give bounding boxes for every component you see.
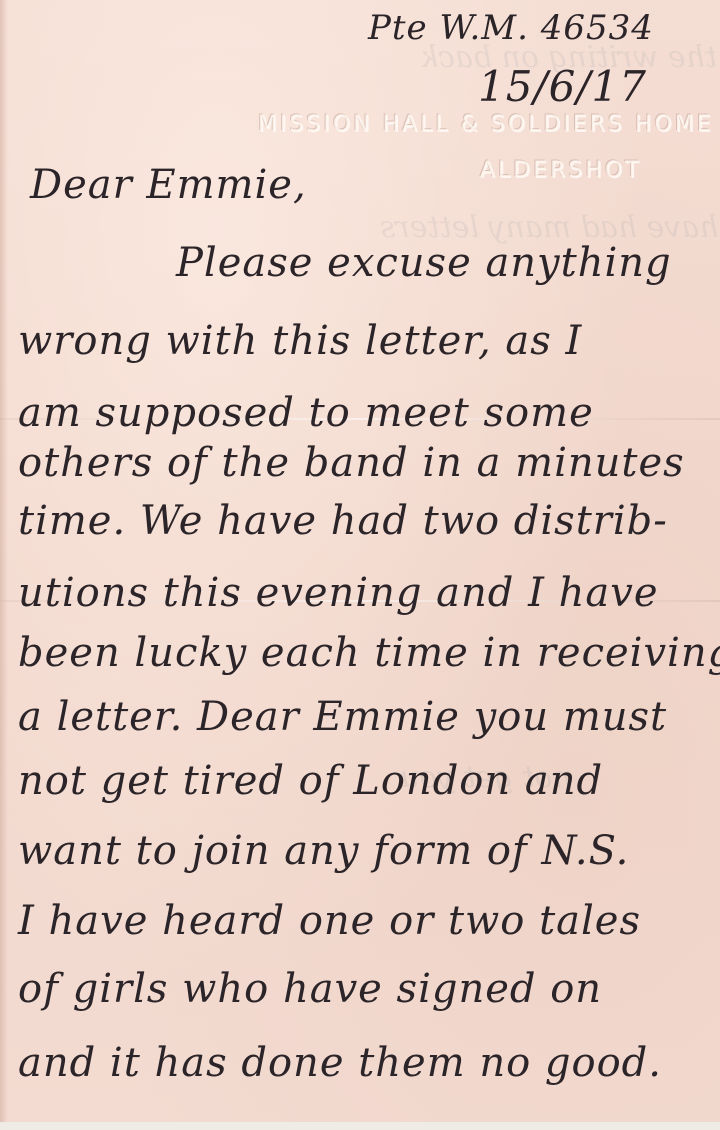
soldier-reference: Pte W.M. 46534 <box>368 8 654 48</box>
letter-line: not get tired of London and <box>18 758 603 804</box>
letterhead-embossed-title: Mission Hall & Soldiers Home <box>258 112 714 137</box>
letter-line: others of the band in a minutes <box>18 440 685 486</box>
salutation: Dear Emmie, <box>30 162 307 208</box>
letter-line: want to join any form of N.S. <box>18 828 629 874</box>
letter-line: time. We have had two distrib- <box>18 498 668 544</box>
letter-line: and it has done them no good. <box>18 1040 662 1086</box>
letter-line: am supposed to meet some <box>18 390 594 436</box>
letter-line: Please excuse anything <box>176 240 672 286</box>
letter-line: I have heard one or two tales <box>18 898 641 944</box>
letter-date: 15/6/17 <box>478 62 647 111</box>
letter-line: utions this evening and I have <box>18 570 659 616</box>
paper-edge <box>0 0 8 1130</box>
letter-line: wrong with this letter, as I <box>18 318 582 364</box>
letterhead-embossed-location: Aldershot <box>480 158 642 183</box>
paper-bottom-edge <box>0 1122 720 1130</box>
letter-page: the writing on back I have had many lett… <box>0 0 720 1130</box>
letter-line: a letter. Dear Emmie you must <box>18 694 667 740</box>
letter-line: been lucky each time in receiving <box>18 630 720 676</box>
letter-line: of girls who have signed on <box>18 966 602 1012</box>
